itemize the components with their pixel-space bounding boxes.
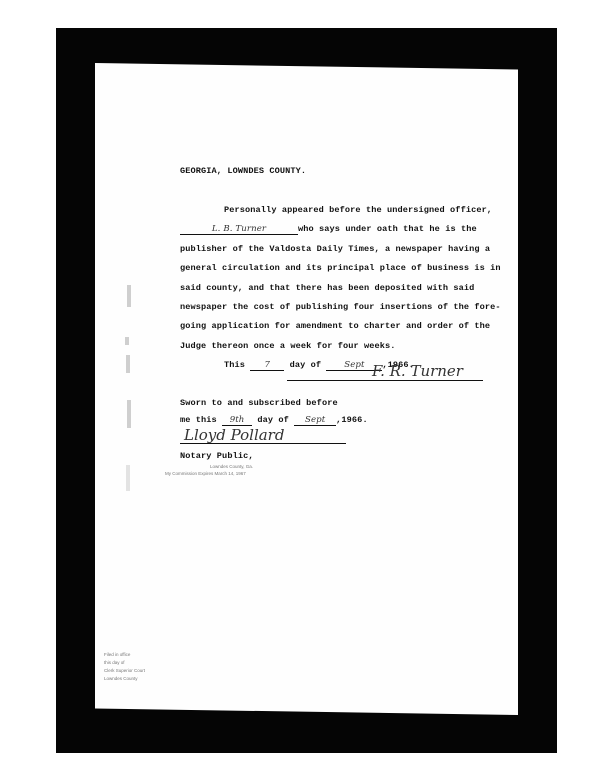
stamp-line: Filed in office <box>104 652 130 657</box>
affidavit-line: L. B. Turnerwho says under oath that he … <box>180 220 500 239</box>
county-heading: GEORGIA, LOWNDES COUNTY. <box>180 166 306 176</box>
affidavit-line: Personally appeared before the undersign… <box>180 201 500 220</box>
affidavit-body: Personally appeared before the undersign… <box>180 201 500 376</box>
affidavit-line: Judge thereon once a week for four weeks… <box>180 337 500 356</box>
margin-mark <box>127 400 131 428</box>
jurat-month: Sept <box>294 415 336 426</box>
affidavit-line: said county, and that there has been dep… <box>180 279 500 298</box>
margin-mark <box>125 337 129 345</box>
publisher-signature: F. R. Turner <box>372 362 463 380</box>
margin-mark <box>127 285 131 307</box>
notary-signature: Lloyd Pollard <box>184 426 284 444</box>
notary-county: Lowndes County, Ga. <box>210 464 253 469</box>
margin-mark <box>126 465 130 491</box>
affidavit-line: general circulation and its principal pl… <box>180 259 500 278</box>
affidavit-line: publisher of the Valdosta Daily Times, a… <box>180 240 500 259</box>
publisher-signature-line <box>287 380 483 381</box>
jurat-day: 9th <box>222 415 252 426</box>
stamp-line: Clerk Superior Court <box>104 668 145 673</box>
notary-commission: My Commission Expires March 14, 1967 <box>165 471 246 476</box>
stamp-line: Lowndes County <box>104 676 138 681</box>
affidavit-line: going application for amendment to chart… <box>180 317 500 336</box>
margin-mark <box>126 355 130 373</box>
stamp-line: this day of <box>104 660 125 665</box>
affiant-signature: L. B. Turner <box>180 224 298 235</box>
jurat-date-line: me this 9th day of Sept,1966. <box>180 415 368 426</box>
notary-title: Notary Public, <box>180 451 254 461</box>
notary-signature-line <box>180 443 346 444</box>
jurat-line: Sworn to and subscribed before <box>180 398 338 408</box>
affidavit-day: 7 <box>250 360 284 371</box>
affidavit-line: newspaper the cost of publishing four in… <box>180 298 500 317</box>
document-page <box>95 63 518 715</box>
